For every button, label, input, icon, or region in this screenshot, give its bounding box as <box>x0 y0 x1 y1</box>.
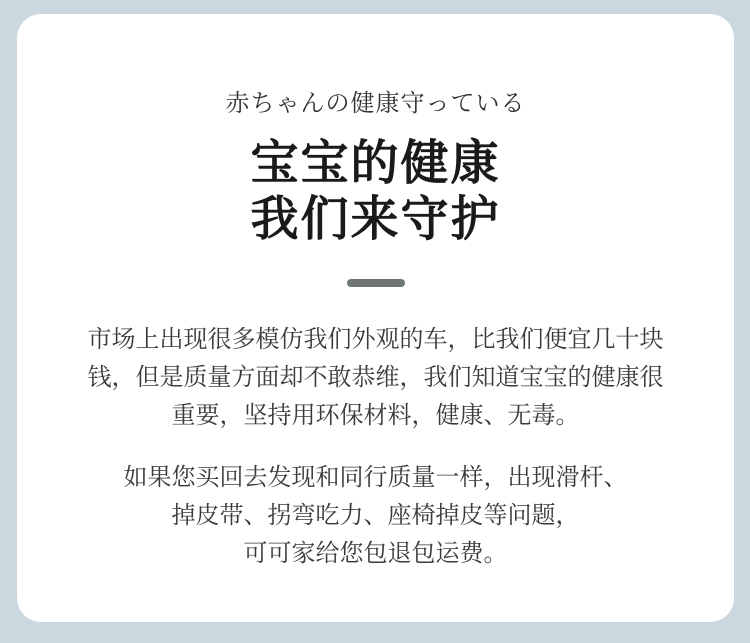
divider-bar <box>347 279 405 287</box>
content-card: 赤ちゃんの健康守っている 宝宝的健康 我们来守护 市场上出现很多模仿我们外观的车… <box>17 14 734 622</box>
page-background: { "colors": { "page_background": "#ccd8d… <box>0 0 750 643</box>
paragraph-quality-statement: 市场上出现很多模仿我们外观的车，比我们便宜几十块 钱，但是质量方面却不敢恭维，我… <box>66 321 686 435</box>
paragraph-refund-guarantee: 如果您买回去发现和同行质量一样，出现滑杆、 掉皮带、拐弯吃力、座椅掉皮等问题， … <box>66 459 686 573</box>
japanese-tagline: 赤ちゃんの健康守っている <box>17 90 734 118</box>
main-heading: 宝宝的健康 我们来守护 <box>17 136 734 248</box>
